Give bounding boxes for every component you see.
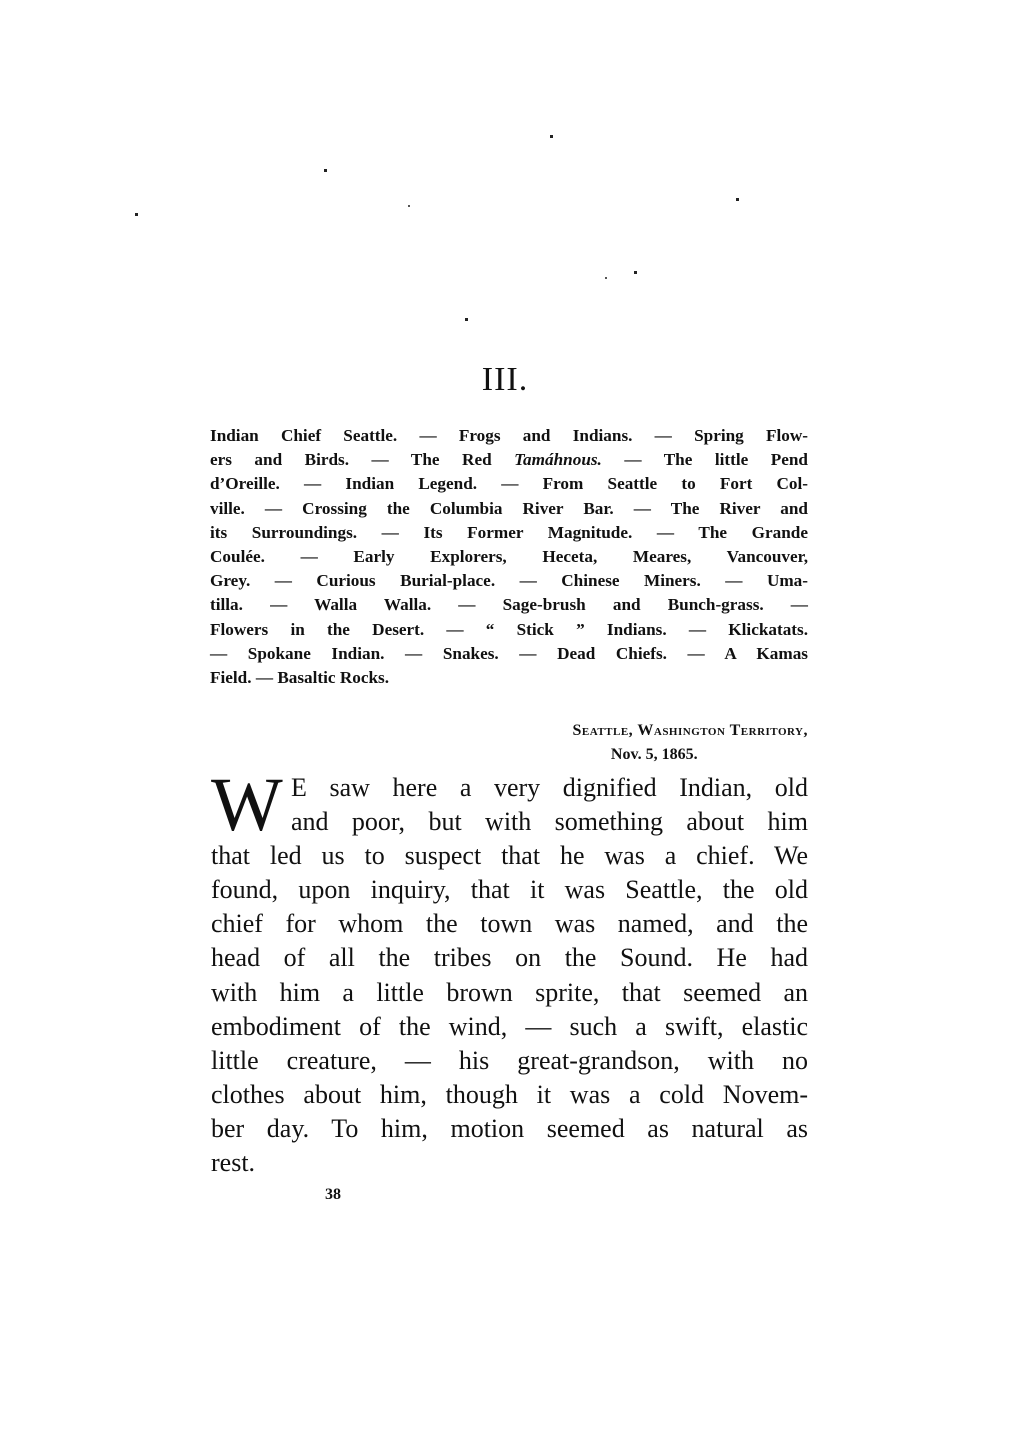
drop-cap: W xyxy=(211,773,283,837)
synopsis-line: ville. — Crossing the Columbia River Bar… xyxy=(240,497,808,521)
scan-speck xyxy=(465,318,468,321)
chapter-number: III. xyxy=(0,360,1010,400)
scan-speck xyxy=(408,205,410,207)
synopsis-line: d’Oreille. — Indian Legend. — From Seatt… xyxy=(240,472,808,496)
synopsis-italic-term: Tamáhnous. xyxy=(514,450,602,469)
scan-speck xyxy=(550,135,553,138)
synopsis-line: Indian Chief Seattle. — Frogs and Indian… xyxy=(240,424,808,448)
body-line: ber day. To him, motion seemed as natura… xyxy=(211,1112,808,1146)
scan-speck xyxy=(135,213,138,216)
body-paragraph: W E saw here a very dignified Indian, ol… xyxy=(211,771,808,1180)
body-line: head of all the tribes on the Sound. He … xyxy=(211,941,808,975)
body-line: rest. xyxy=(211,1146,808,1180)
synopsis-line: Field. — Basaltic Rocks. xyxy=(240,666,808,690)
synopsis-line: its Surroundings. — Its Former Magnitude… xyxy=(240,521,808,545)
body-line: E saw here a very dignified Indian, old xyxy=(211,771,808,805)
synopsis-line: Flowers in the Desert. — “ Stick ” India… xyxy=(240,618,808,642)
dateline-date: Nov. 5, 1865. xyxy=(572,743,736,767)
scan-speck xyxy=(605,277,607,279)
scan-speck xyxy=(736,198,739,201)
body-line: chief for whom the town was named, and t… xyxy=(211,907,808,941)
body-line: with him a little brown sprite, that see… xyxy=(211,976,808,1010)
body-line: little creature, — his great-grandson, w… xyxy=(211,1044,808,1078)
synopsis-line: tilla. — Walla Walla. — Sage-brush and B… xyxy=(240,593,808,617)
page-number: 38 xyxy=(325,1186,341,1204)
scan-speck xyxy=(324,169,327,172)
body-line: found, upon inquiry, that it was Seattle… xyxy=(211,873,808,907)
body-line: clothes about him, though it was a cold … xyxy=(211,1078,808,1112)
synopsis-line: ers and Birds. — The Red Tamáhnous. — Th… xyxy=(240,448,808,472)
body-line: embodiment of the wind, — such a swift, … xyxy=(211,1010,808,1044)
dateline: Seattle, Washington Territory, Nov. 5, 1… xyxy=(572,719,808,767)
chapter-synopsis: Indian Chief Seattle. — Frogs and Indian… xyxy=(210,424,808,690)
body-line: that led us to suspect that he was a chi… xyxy=(211,839,808,873)
dateline-place: Seattle, Washington Territory, xyxy=(572,719,808,743)
synopsis-line: Coulée. — Early Explorers, Heceta, Meare… xyxy=(240,545,808,569)
synopsis-line: — Spokane Indian. — Snakes. — Dead Chief… xyxy=(240,642,808,666)
synopsis-line: Grey. — Curious Burial-place. — Chinese … xyxy=(240,569,808,593)
scan-speck xyxy=(634,271,637,274)
body-line: and poor, but with something about him xyxy=(211,805,808,839)
